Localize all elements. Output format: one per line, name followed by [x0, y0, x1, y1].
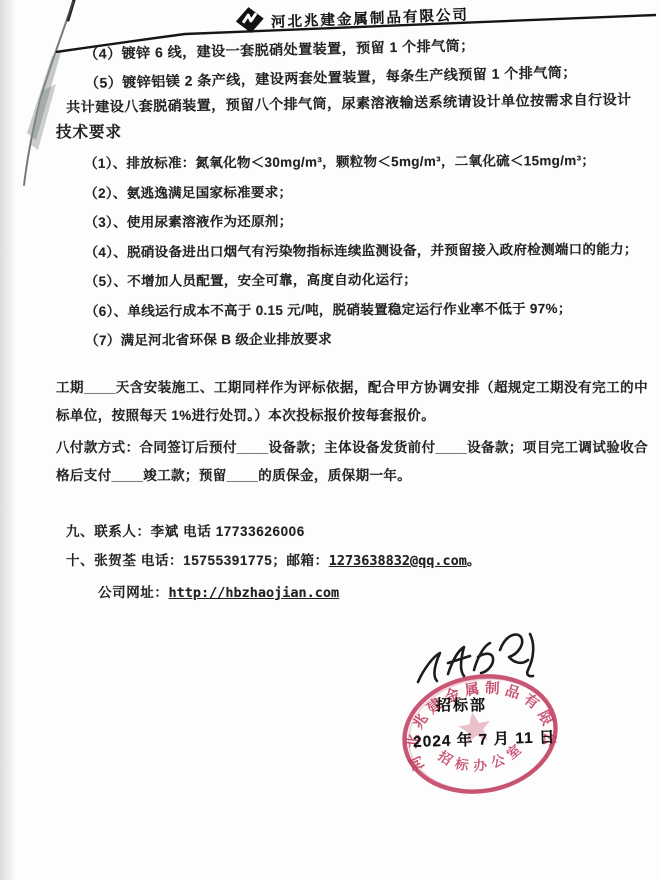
- contact-line-2: 十、张贺荃 电话：15755391775；邮箱：1273638832@qq.co…: [66, 549, 481, 569]
- contact-2-suffix: 。: [467, 553, 481, 568]
- tech-item-2: （2）、氨逃逸满足国家标准要求；: [84, 180, 659, 203]
- tech-item-1: （1）、排放标准：氮氧化物＜30mg/m³，颗粒物＜5mg/m³，二氧化硫＜15…: [84, 150, 659, 173]
- tech-item-3: （3）、使用尿素溶液作为还原剂；: [84, 209, 659, 232]
- tech-requirements-title: 技术要求: [56, 120, 122, 142]
- website-url: http://hbzhaojian.com: [169, 585, 340, 601]
- website-line: 公司网址：http://hbzhaojian.com: [98, 581, 339, 601]
- payment-paragraph: 八付款方式：合同签订后预付____设备款；主体设备发货前付____设备款；项目完…: [56, 434, 648, 489]
- tech-item-5: （5）、不增加人员配置，安全可靠，高度自动化运行；: [85, 268, 659, 291]
- payment-label: 八付款方式：: [56, 440, 139, 455]
- duration-paragraph: 工期____天含安装施工、工期同样作为评标依据，配合甲方协调安排（超规定工期没有…: [56, 374, 648, 429]
- tech-item-7: （7）满足河北省环保 B 级企业排放要求: [85, 327, 659, 350]
- intro-items: （4）镀锌 6 线，建设一套脱硝处置装置，预留 1 个排气筒； （5）镀锌铝镁 …: [84, 27, 655, 98]
- contact-line-1: 九、联系人：李斌 电话 17733626006: [66, 520, 305, 540]
- tech-item-6: （6）、单线运行成本不高于 0.15 元/吨，脱硝装置稳定运行作业率不低于 97…: [85, 298, 659, 321]
- tech-item-4: （4）、脱硝设备进出口烟气有污染物指标连续监测设备，并预留接入政府检测端口的能力…: [85, 239, 659, 262]
- diamond-z-logo-icon: [233, 5, 267, 39]
- scanned-document-page: 河北兆建金属制品有限公司 （4）镀锌 6 线，建设一套脱硝处置装置，预留 1 个…: [0, 0, 659, 880]
- contact-2-prefix: 十、张贺荃 电话：15755391775；邮箱：: [66, 553, 329, 568]
- website-label: 公司网址：: [98, 585, 169, 600]
- contact-email: 1273638832@qq.com: [329, 553, 467, 569]
- handwritten-signature: [410, 626, 550, 698]
- payment-text: 合同签订后预付____设备款；主体设备发货前付____设备款；项目完工调试验收合…: [56, 440, 648, 483]
- tech-requirements-list: （1）、排放标准：氮氧化物＜30mg/m³，颗粒物＜5mg/m³，二氧化硫＜15…: [84, 150, 659, 360]
